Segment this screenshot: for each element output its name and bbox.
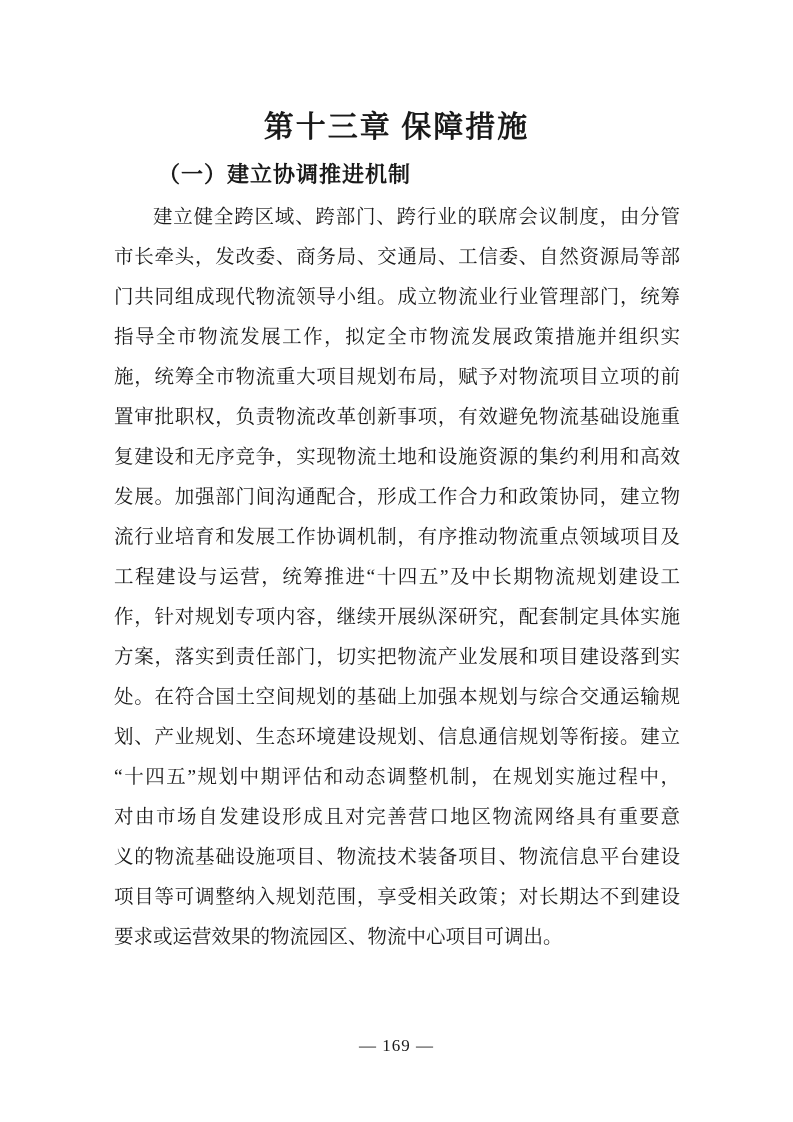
paragraph-line: 项目等可调整纳入规划范围，享受相关政策；对长期达不到建设 — [114, 878, 680, 918]
paragraph-line: 流行业培育和发展工作协调机制，有序推动物流重点领域项目及 — [114, 518, 680, 558]
paragraph-line: 作，针对规划专项内容，继续开展纵深研究，配套制定具体实施 — [114, 598, 680, 638]
paragraph-line: 门共同组成现代物流领导小组。成立物流业行业管理部门，统筹 — [114, 278, 680, 318]
paragraph-line: 发展。加强部门间沟通配合，形成工作合力和政策协同，建立物 — [114, 478, 680, 518]
paragraph-line: 处。在符合国土空间规划的基础上加强本规划与综合交通运输规 — [114, 678, 680, 718]
paragraph-line: 置审批职权，负责物流改革创新事项，有效避免物流基础设施重 — [114, 398, 680, 438]
paragraph-line: 义的物流基础设施项目、物流技术装备项目、物流信息平台建设 — [114, 838, 680, 878]
section-heading: （一）建立协调推进机制 — [114, 158, 680, 189]
document-page: 第十三章 保障措施 （一）建立协调推进机制 建立健全跨区域、跨部门、跨行业的联席… — [0, 0, 793, 1122]
page-number: — 169 — — [0, 1036, 793, 1056]
paragraph-line: 施，统筹全市物流重大项目规划布局，赋予对物流项目立项的前 — [114, 358, 680, 398]
paragraph-line: 要求或运营效果的物流园区、物流中心项目可调出。 — [114, 918, 680, 958]
body-paragraph: 建立健全跨区域、跨部门、跨行业的联席会议制度，由分管 市长牵头，发改委、商务局、… — [114, 198, 680, 958]
paragraph-line: 建立健全跨区域、跨部门、跨行业的联席会议制度，由分管 — [114, 198, 680, 238]
paragraph-line: 指导全市物流发展工作，拟定全市物流发展政策措施并组织实 — [114, 318, 680, 358]
paragraph-line: 市长牵头，发改委、商务局、交通局、工信委、自然资源局等部 — [114, 238, 680, 278]
paragraph-line: 划、产业规划、生态环境建设规划、信息通信规划等衔接。建立 — [114, 718, 680, 758]
chapter-title: 第十三章 保障措施 — [0, 102, 793, 146]
paragraph-line: 对由市场自发建设形成且对完善营口地区物流网络具有重要意 — [114, 798, 680, 838]
paragraph-line: 复建设和无序竞争，实现物流土地和设施资源的集约利用和高效 — [114, 438, 680, 478]
paragraph-line: 工程建设与运营，统筹推进“十四五”及中长期物流规划建设工 — [114, 558, 680, 598]
paragraph-line: “十四五”规划中期评估和动态调整机制，在规划实施过程中， — [114, 758, 680, 798]
paragraph-line: 方案，落实到责任部门，切实把物流产业发展和项目建设落到实 — [114, 638, 680, 678]
